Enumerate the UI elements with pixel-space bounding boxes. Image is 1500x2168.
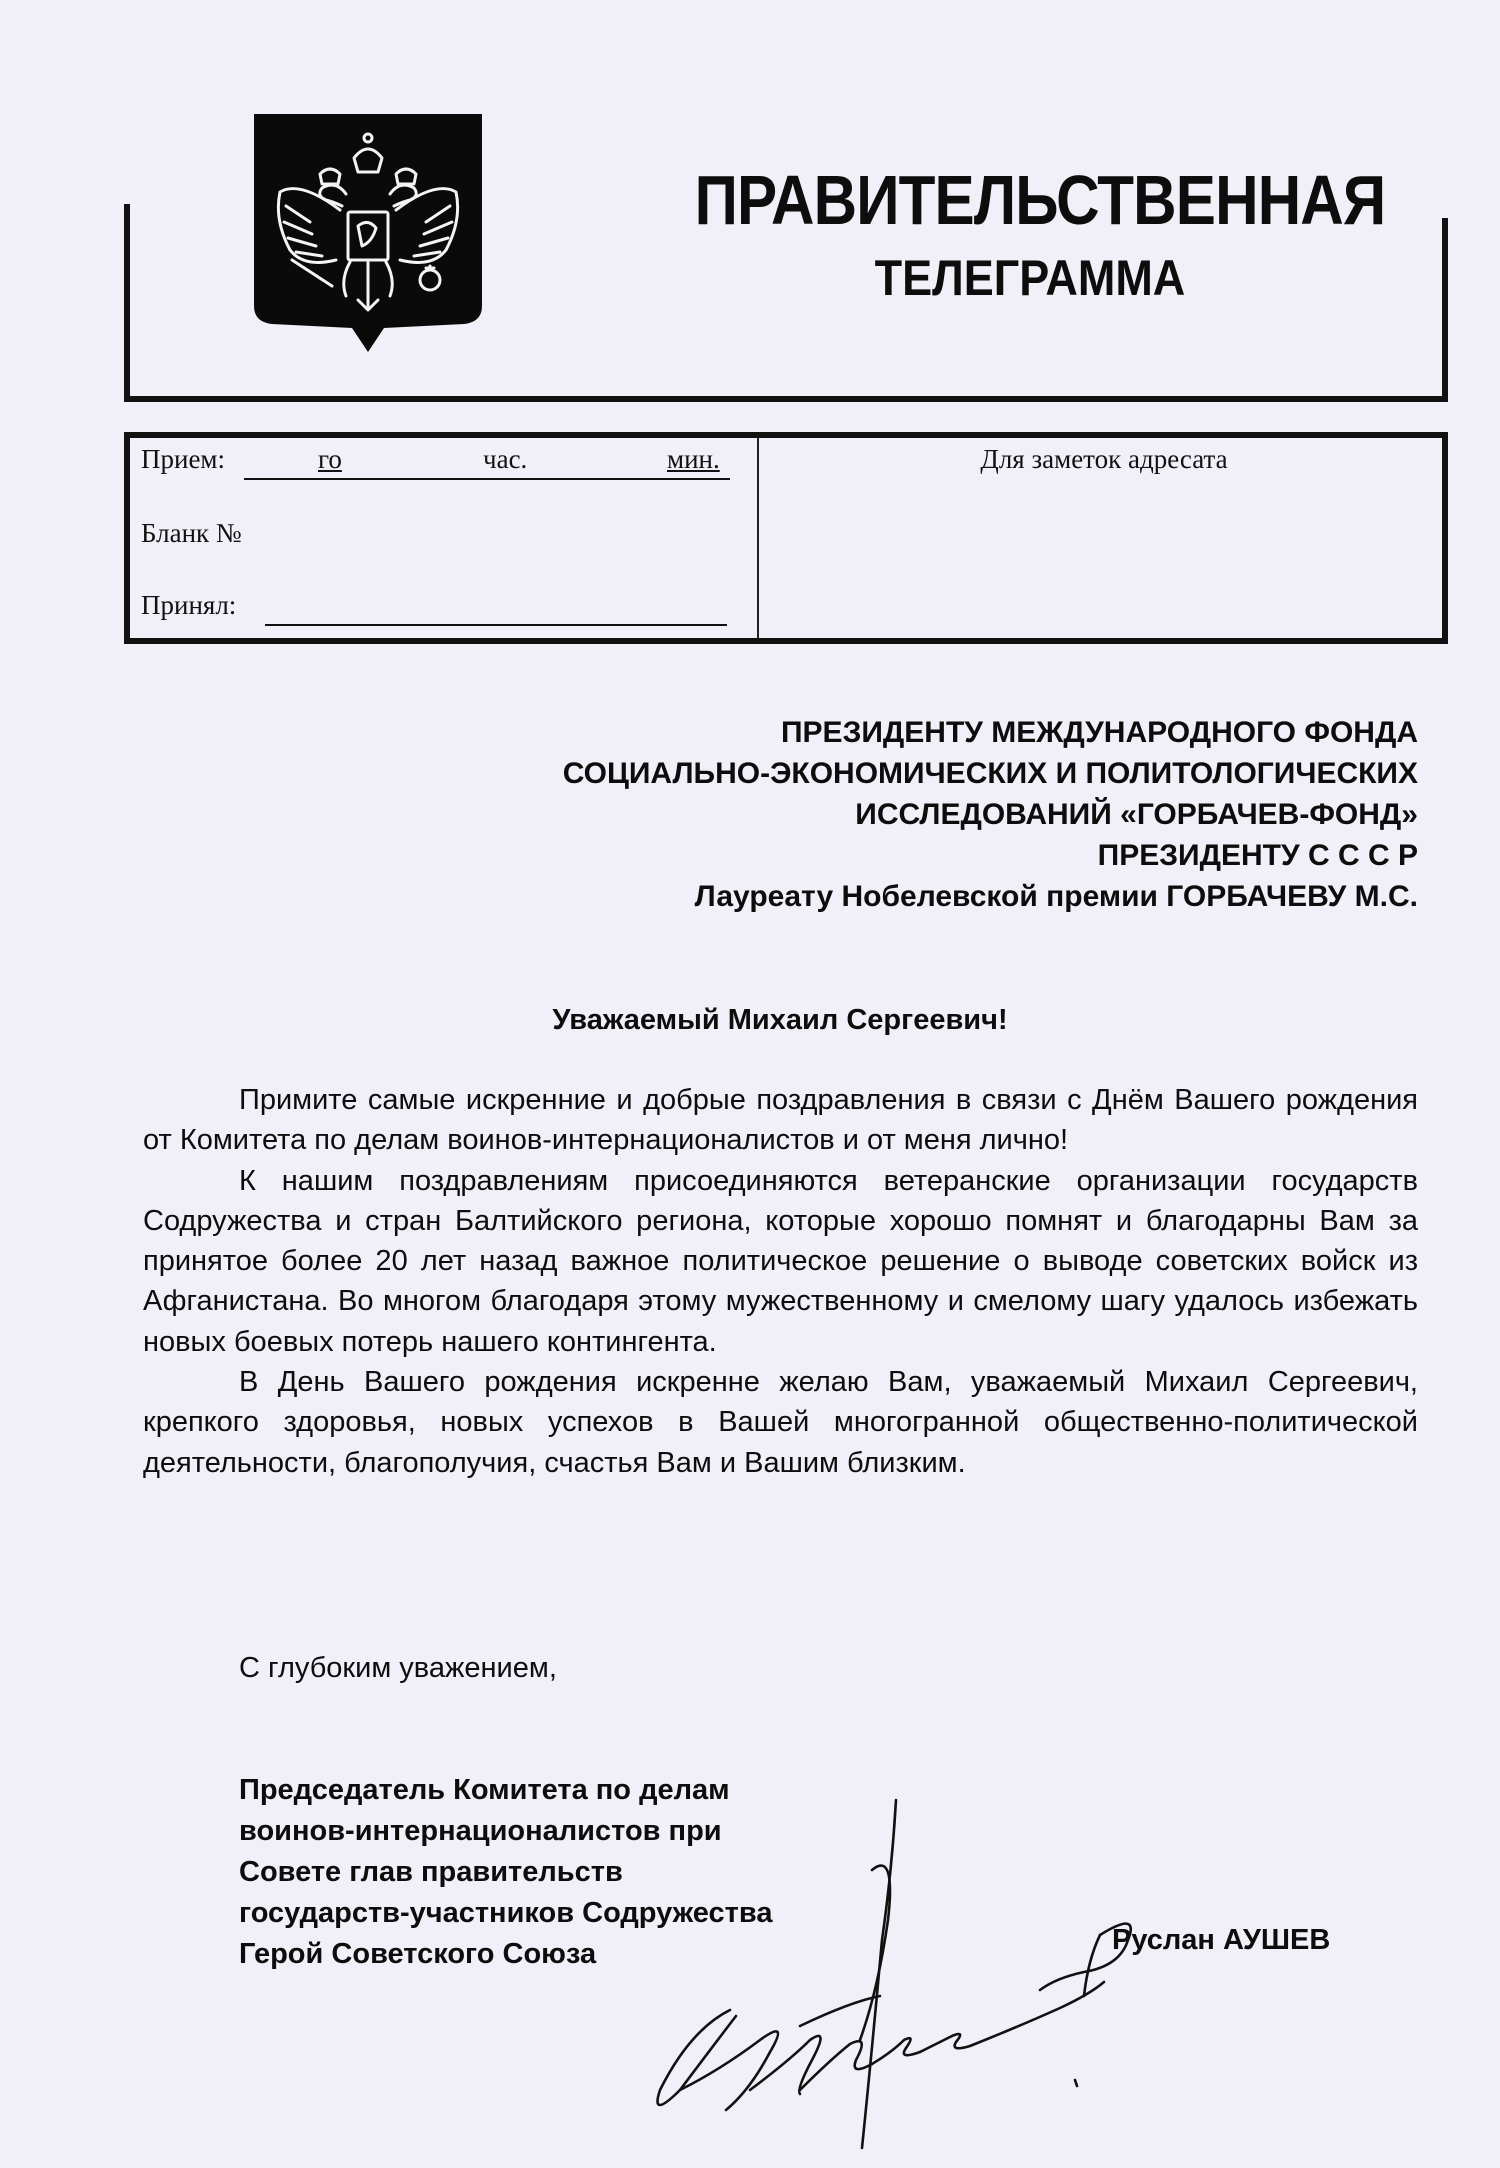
signer-title-block: Председатель Комитета по делам воинов-ин… — [239, 1770, 772, 1975]
recipient-notes-label: Для заметок адресата — [760, 444, 1448, 475]
blank-number-label: Бланк № — [141, 518, 242, 549]
header-frame-bottom — [124, 396, 1448, 402]
body-paragraph: К нашим поздравлениям присоединяются вет… — [143, 1161, 1418, 1362]
received-by-field[interactable] — [265, 624, 727, 626]
addressee-line: СОЦИАЛЬНО-ЭКОНОМИЧЕСКИХ И ПОЛИТОЛОГИЧЕСК… — [380, 753, 1418, 794]
addressee-line: ИССЛЕДОВАНИЙ «ГОРБАЧЕВ-ФОНД» — [380, 794, 1418, 835]
addressee-line: Лауреату Нобелевской премии ГОРБАЧЕВУ М.… — [380, 876, 1418, 917]
signer-title-line: Председатель Комитета по делам — [239, 1770, 772, 1811]
coat-of-arms-emblem — [250, 110, 486, 352]
double-headed-eagle-icon — [250, 110, 486, 352]
document-title: ПРАВИТЕЛЬСТВЕННАЯ — [695, 158, 1366, 242]
reception-time-field[interactable] — [244, 478, 730, 480]
signer-name: Руслан АУШЕВ — [1112, 1920, 1330, 1960]
body-paragraph: В День Вашего рождения искренне желаю Ва… — [143, 1362, 1418, 1483]
addressee-line: ПРЕЗИДЕНТУ С С С Р — [380, 835, 1418, 876]
addressee-block: ПРЕЗИДЕНТУ МЕЖДУНАРОДНОГО ФОНДА СОЦИАЛЬН… — [380, 712, 1418, 917]
reception-label: Прием: — [141, 444, 225, 475]
letter-body: Примите самые искренние и добрые поздрав… — [143, 1080, 1418, 1483]
reception-hour-unit: го — [318, 444, 342, 475]
closing-phrase: С глубоким уважением, — [239, 1648, 557, 1688]
document-subtitle: ТЕЛЕГРАММА — [679, 248, 1381, 308]
body-paragraph: Примите самые искренние и добрые поздрав… — [143, 1080, 1418, 1161]
received-by-label: Принял: — [141, 590, 236, 621]
header-frame-right — [1442, 218, 1448, 402]
salutation: Уважаемый Михаил Сергеевич! — [140, 1000, 1420, 1040]
addressee-line: ПРЕЗИДЕНТУ МЕЖДУНАРОДНОГО ФОНДА — [380, 712, 1418, 753]
reception-hour-label: час. — [483, 444, 527, 475]
reception-minute-label: мин. — [667, 444, 720, 475]
signer-title-line: воинов-интернационалистов при — [239, 1811, 772, 1852]
signer-title-line: государств-участников Содружества — [239, 1893, 772, 1934]
form-divider — [757, 438, 759, 638]
signer-title-line: Совете глав правительств — [239, 1852, 772, 1893]
header-frame-left — [124, 204, 130, 402]
signer-title-line: Герой Советского Союза — [239, 1934, 772, 1975]
